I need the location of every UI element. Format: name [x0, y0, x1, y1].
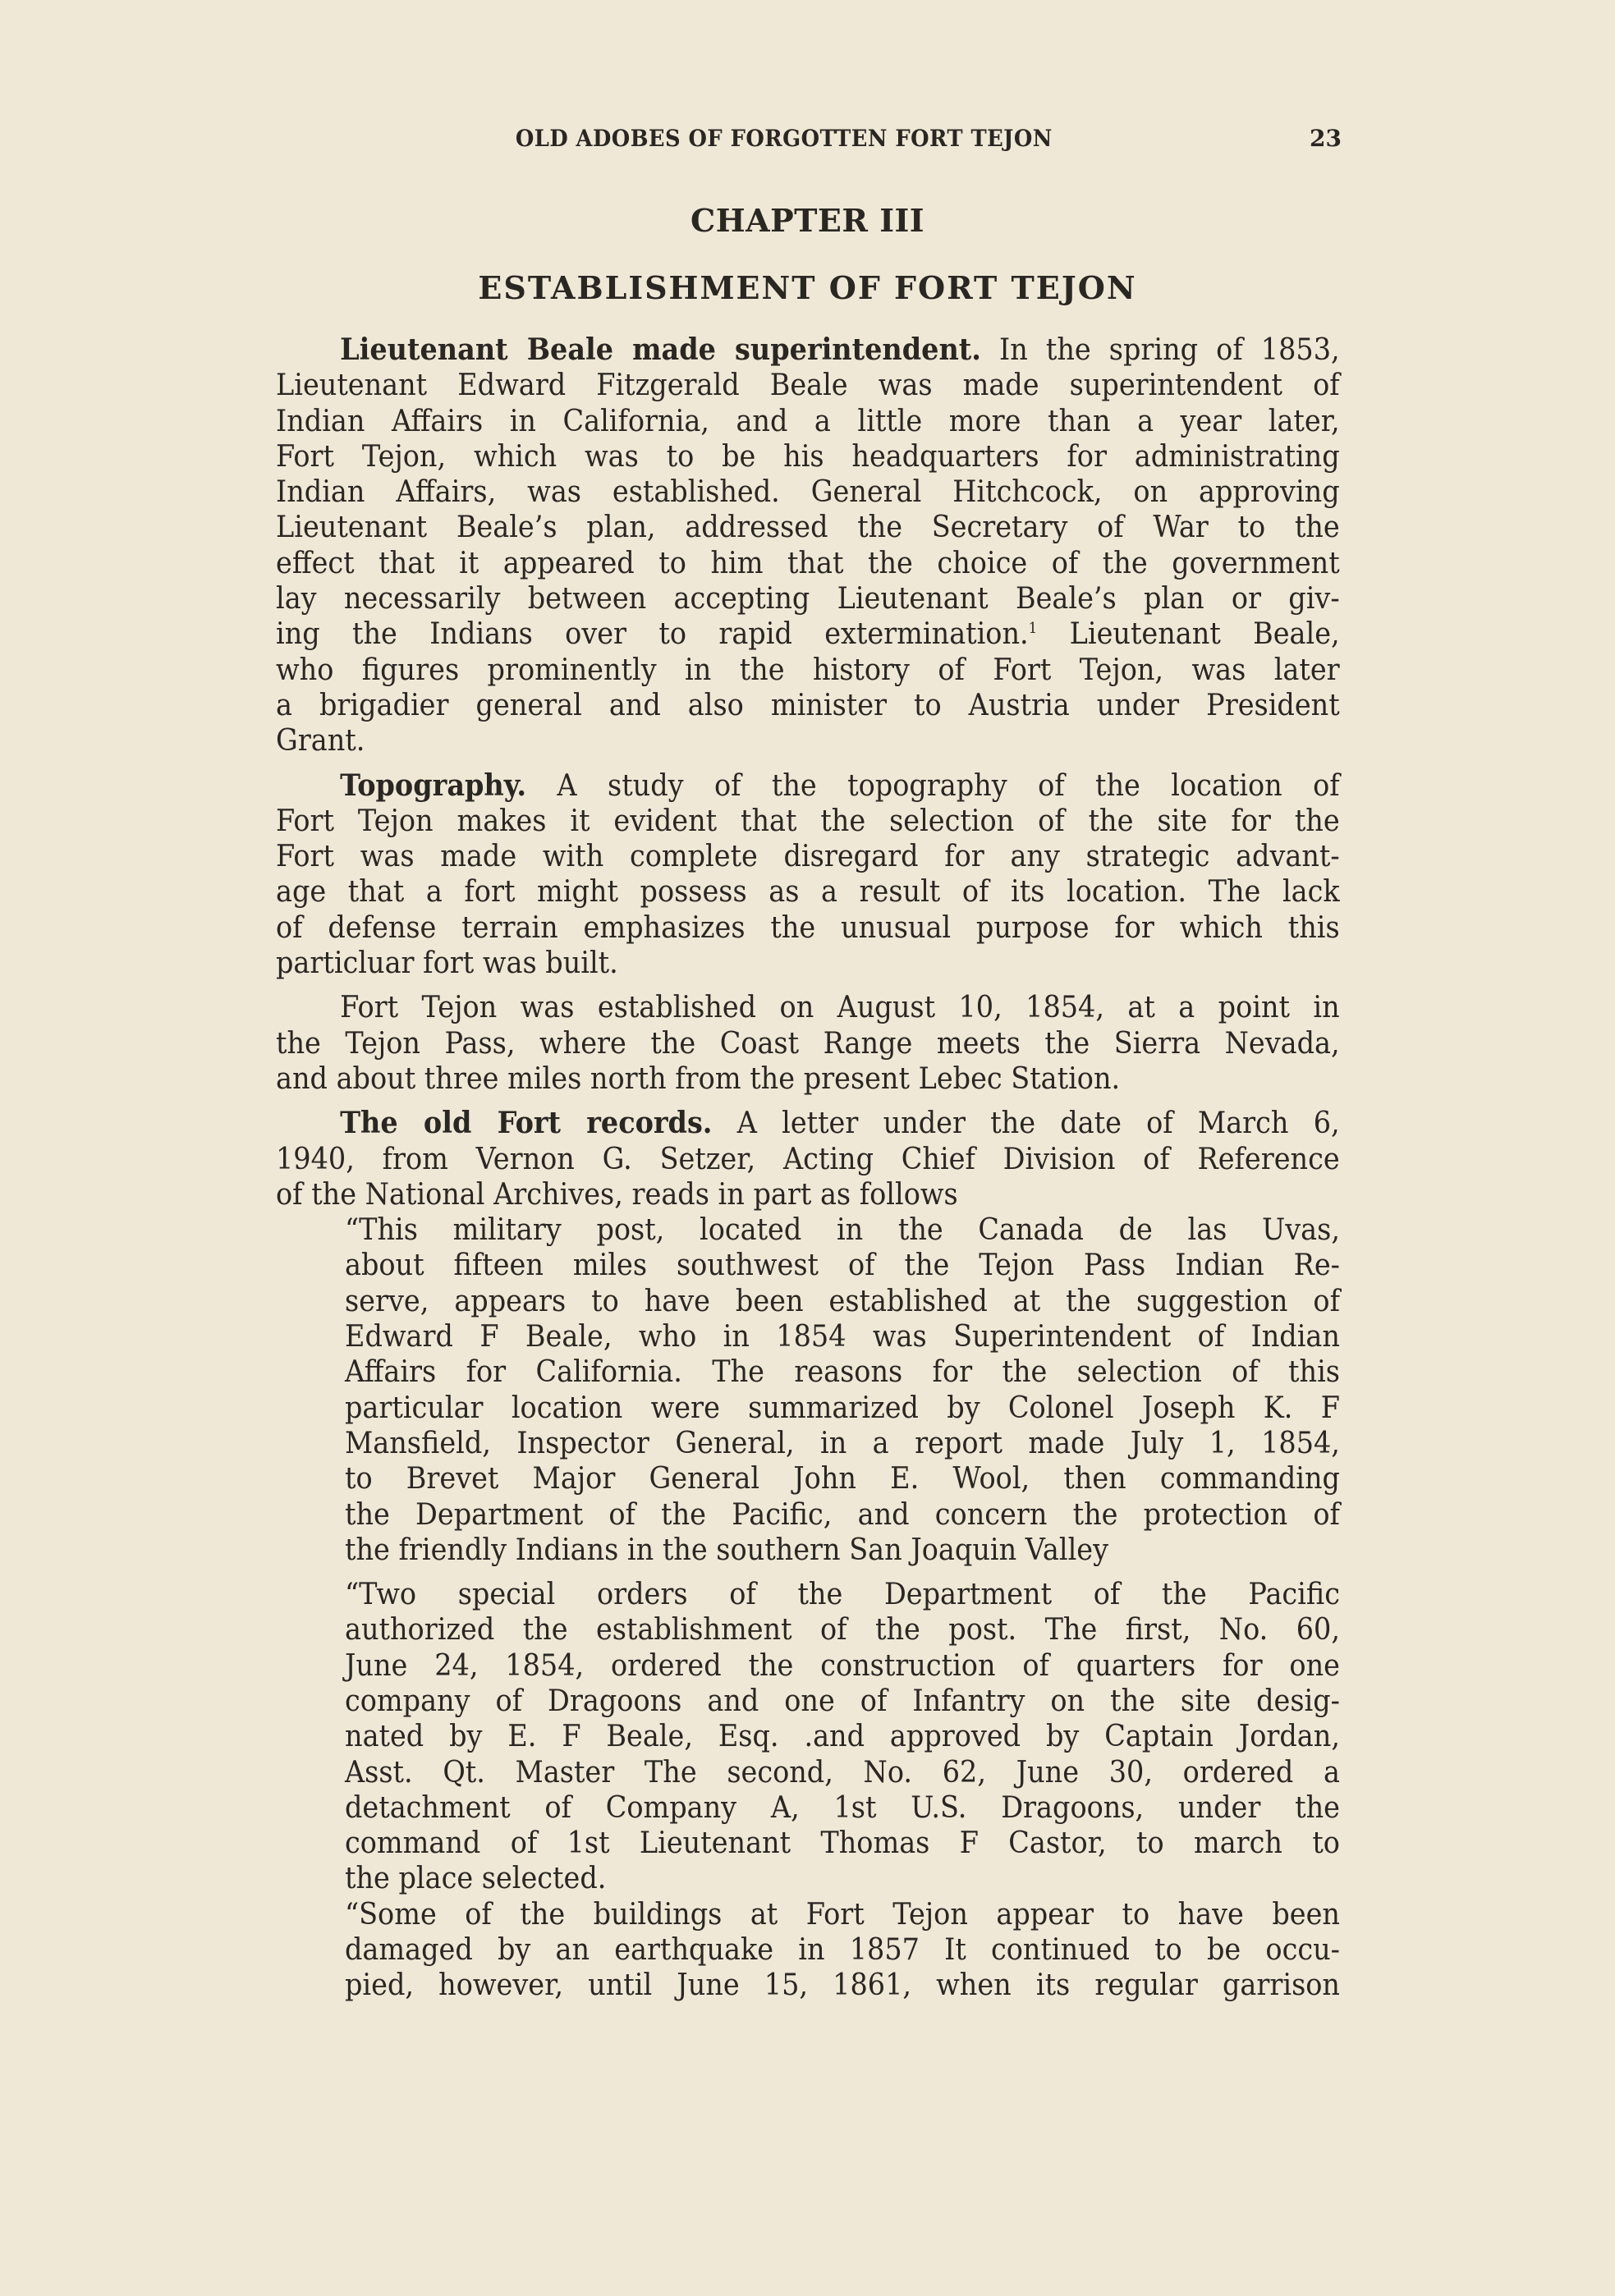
text-line: serve, appears to have been established … [345, 1284, 1340, 1319]
section-heading: Lieutenant Beale made superintendent. [340, 332, 981, 367]
text-line: pied, however, until June 15, 1861, when… [345, 1968, 1340, 2003]
text-line: command of 1st Lieutenant Thomas F Casto… [345, 1826, 1340, 1861]
text-line: particluar fort was built. [276, 946, 1340, 981]
text-line: “Two special orders of the Department of… [345, 1577, 1340, 1612]
chapter-number: CHAPTER III [0, 202, 1615, 239]
paragraph-topography: Topography. A study of the topography of… [276, 768, 1340, 982]
paragraph-old-fort-records: The old Fort records. A letter under the… [276, 1106, 1340, 1212]
footnote-marker: 1 [1029, 620, 1038, 637]
text-line: the Tejon Pass, where the Coast Range me… [276, 1026, 1340, 1061]
text-line: of defense terrain emphasizes the unusua… [276, 910, 1340, 946]
text-line: Fort was made with complete disregard fo… [276, 839, 1340, 874]
text-line: about fifteen miles southwest of the Tej… [345, 1248, 1340, 1283]
block-quote-3: “Some of the buildings at Fort Tejon app… [276, 1897, 1340, 2004]
block-quote-1: “This military post, located in the Cana… [276, 1212, 1340, 1568]
text-line: the place selected. [345, 1861, 1340, 1896]
text-line: Lieutenant Beale’s plan, addressed the S… [276, 510, 1340, 545]
paragraph-beale-superintendent: Lieutenant Beale made superintendent. In… [276, 332, 1340, 759]
text-line: and about three miles north from the pre… [276, 1061, 1340, 1097]
text-line: Affairs for California. The reasons for … [345, 1354, 1340, 1390]
text-line: company of Dragoons and one of Infantry … [345, 1684, 1340, 1719]
text-line: Indian Affairs, was established. General… [276, 474, 1340, 510]
text-line: The old Fort records. A letter under the… [276, 1106, 1340, 1141]
running-header-title: OLD ADOBES OF FORGOTTEN FORT TEJON [489, 125, 1079, 152]
paragraph-established: Fort Tejon was established on August 10,… [276, 990, 1340, 1097]
text-line: Fort Tejon was established on August 10,… [276, 990, 1340, 1025]
section-heading: The old Fort records. [340, 1106, 712, 1140]
book-page: OLD ADOBES OF FORGOTTEN FORT TEJON 23 CH… [0, 0, 1615, 2296]
text-line: particular location were summarized by C… [345, 1391, 1340, 1426]
text-line: “Some of the buildings at Fort Tejon app… [345, 1897, 1340, 1932]
text-line: “This military post, located in the Cana… [345, 1212, 1340, 1248]
text-line: Grant. [276, 723, 1340, 758]
text-line: nated by E. F Beale, Esq. .and approved … [345, 1719, 1340, 1754]
text-line: Asst. Qt. Master The second, No. 62, Jun… [345, 1755, 1340, 1790]
text-line: Mansfield, Inspector General, in a repor… [345, 1426, 1340, 1461]
page-number: 23 [1310, 125, 1342, 152]
text-line: to Brevet Major General John E. Wool, th… [345, 1461, 1340, 1496]
text-line: Lieutenant Beale made superintendent. In… [276, 332, 1340, 368]
text-line: Fort Tejon, which was to be his headquar… [276, 439, 1340, 474]
text-line: Topography. A study of the topography of… [276, 768, 1340, 804]
text-line: June 24, 1854, ordered the construction … [345, 1648, 1340, 1684]
text-line: of the National Archives, reads in part … [276, 1177, 1340, 1212]
text-line: age that a fort might possess as a resul… [276, 874, 1340, 910]
section-heading: Topography. [340, 768, 526, 803]
text-line: Lieutenant Edward Fitzgerald Beale was m… [276, 368, 1340, 403]
text-line: lay necessarily between accepting Lieute… [276, 581, 1340, 616]
text-line: the Department of the Pacific, and conce… [345, 1497, 1340, 1533]
text-line: Indian Affairs in California, and a litt… [276, 404, 1340, 439]
text-line: the friendly Indians in the southern San… [345, 1533, 1340, 1568]
text-line: Fort Tejon makes it evident that the sel… [276, 804, 1340, 839]
chapter-title: ESTABLISHMENT OF FORT TEJON [0, 269, 1615, 306]
text-line: detachment of Company A, 1st U.S. Dragoo… [345, 1790, 1340, 1826]
text-line: Edward F Beale, who in 1854 was Superint… [345, 1319, 1340, 1354]
text-line: a brigadier general and also minister to… [276, 688, 1340, 723]
text-line: ing the Indians over to rapid exterminat… [276, 616, 1340, 652]
text-line: who figures prominently in the history o… [276, 653, 1340, 688]
block-quote-2: “Two special orders of the Department of… [276, 1577, 1340, 1897]
body-text: Lieutenant Beale made superintendent. In… [276, 332, 1340, 2004]
text-line: authorized the establishment of the post… [345, 1612, 1340, 1648]
text-line: damaged by an earthquake in 1857 It cont… [345, 1932, 1340, 1968]
text-line: 1940, from Vernon G. Setzer, Acting Chie… [276, 1142, 1340, 1177]
text-line: effect that it appeared to him that the … [276, 546, 1340, 581]
